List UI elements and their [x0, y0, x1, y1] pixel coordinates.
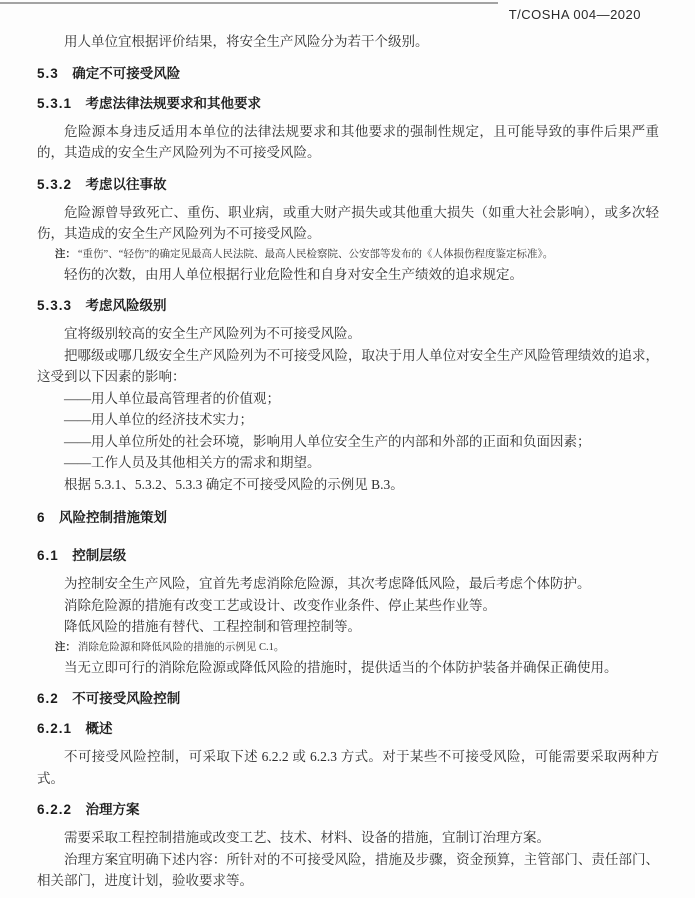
section-heading-6: 6风险控制措施策划 [37, 508, 659, 527]
section-heading-6.2.2: 6.2.2治理方案 [37, 800, 659, 819]
section-heading-6.2: 6.2不可接受风险控制 [37, 689, 659, 708]
section-number: 5.3.3 [37, 298, 72, 313]
paragraph: 不可接受风险控制，可采取下述 6.2.2 或 6.2.3 方式。对于某些不可接受… [37, 746, 659, 789]
section-heading-6.1: 6.1控制层级 [37, 546, 659, 565]
section-number: 6 [37, 510, 46, 525]
note-label: 注： [55, 249, 76, 260]
paragraph: 降低风险的措施有替代、工程控制和管理控制等。 [37, 616, 659, 638]
dash-list-item: ——工作人员及其他相关方的需求和期望。 [37, 452, 659, 474]
dash-list-item: ——用人单位所处的社会环境，影响用人单位安全生产的内部和外部的正面和负面因素； [37, 431, 659, 453]
section-heading-5.3.3: 5.3.3考虑风险级别 [37, 296, 659, 315]
section-title: 考虑风险级别 [86, 298, 167, 313]
section-title: 概述 [86, 721, 113, 736]
note-text: “重伤”、“轻伤”的确定见最高人民法院、最高人民检察院、公安部等发布的《人体损伤… [78, 249, 553, 260]
paragraph: 需要采取工程控制措施或改变工艺、技术、材料、设备的措施，宜制订治理方案。 [37, 827, 659, 849]
section-title: 控制层级 [72, 548, 126, 563]
paragraph: 轻伤的次数，由用人单位根据行业危险性和自身对安全生产绩效的追求规定。 [37, 264, 659, 286]
section-heading-6.2.1: 6.2.1概述 [37, 719, 659, 738]
paragraph: 危险源本身违反适用本单位的法律法规要求和其他要求的强制性规定，且可能导致的事件后… [37, 121, 659, 164]
section-number: 5.3.2 [37, 177, 72, 192]
paragraph: 消除危险源的措施有改变工艺或设计、改变作业条件、停止某些作业等。 [37, 595, 659, 617]
paragraph: 宜将级别较高的安全生产风险列为不可接受风险。 [37, 323, 659, 345]
section-number: 5.3 [37, 66, 59, 81]
section-heading-5.3.1: 5.3.1考虑法律法规要求和其他要求 [37, 94, 659, 113]
paragraph: 危险源曾导致死亡、重伤、职业病，或重大财产损失或其他重大损失（如重大社会影响），… [37, 202, 659, 245]
paragraph: 为控制安全生产风险，宜首先考虑消除危险源，其次考虑降低风险，最后考虑个体防护。 [37, 573, 659, 595]
section-title: 不可接受风险控制 [72, 691, 180, 706]
section-title: 考虑以往事故 [86, 177, 167, 192]
section-number: 5.3.1 [37, 96, 72, 111]
document-body: 用人单位宜根据评价结果，将安全生产风险分为若干个级别。5.3确定不可接受风险5.… [0, 0, 695, 892]
dash-list-item: ——用人单位的经济技术实力； [37, 409, 659, 431]
paragraph: 当无立即可行的消除危险源或降低风险的措施时，提供适当的个体防护装备并确保正确使用… [37, 657, 659, 679]
paragraph: 用人单位宜根据评价结果，将安全生产风险分为若干个级别。 [37, 31, 659, 53]
section-title: 风险控制措施策划 [59, 510, 167, 525]
paragraph: 治理方案宜明确下述内容：所针对的不可接受风险，措施及步骤，资金预算，主管部门、责… [37, 849, 659, 892]
section-title: 考虑法律法规要求和其他要求 [86, 96, 262, 111]
section-number: 6.2.2 [37, 802, 72, 817]
section-title: 治理方案 [86, 802, 140, 817]
paragraph: 根据 5.3.1、5.3.2、5.3.3 确定不可接受风险的示例见 B.3。 [37, 474, 659, 496]
note-paragraph: 注：消除危险源和降低风险的措施的示例见 C.1。 [37, 638, 659, 657]
section-heading-5.3.2: 5.3.2考虑以往事故 [37, 175, 659, 194]
section-number: 6.2.1 [37, 721, 72, 736]
standard-document-page: T/COSHA 004—2020 用人单位宜根据评价结果，将安全生产风险分为若干… [0, 0, 695, 898]
section-title: 确定不可接受风险 [72, 66, 180, 81]
paragraph: 把哪级或哪几级安全生产风险列为不可接受风险，取决于用人单位对安全生产风险管理绩效… [37, 345, 659, 388]
section-number: 6.2 [37, 691, 59, 706]
note-paragraph: 注：“重伤”、“轻伤”的确定见最高人民法院、最高人民检察院、公安部等发布的《人体… [37, 245, 659, 264]
section-heading-5.3: 5.3确定不可接受风险 [37, 64, 659, 83]
note-text: 消除危险源和降低风险的措施的示例见 C.1。 [78, 642, 285, 653]
note-label: 注： [55, 642, 76, 653]
dash-list-item: ——用人单位最高管理者的价值观； [37, 388, 659, 410]
section-number: 6.1 [37, 548, 59, 563]
